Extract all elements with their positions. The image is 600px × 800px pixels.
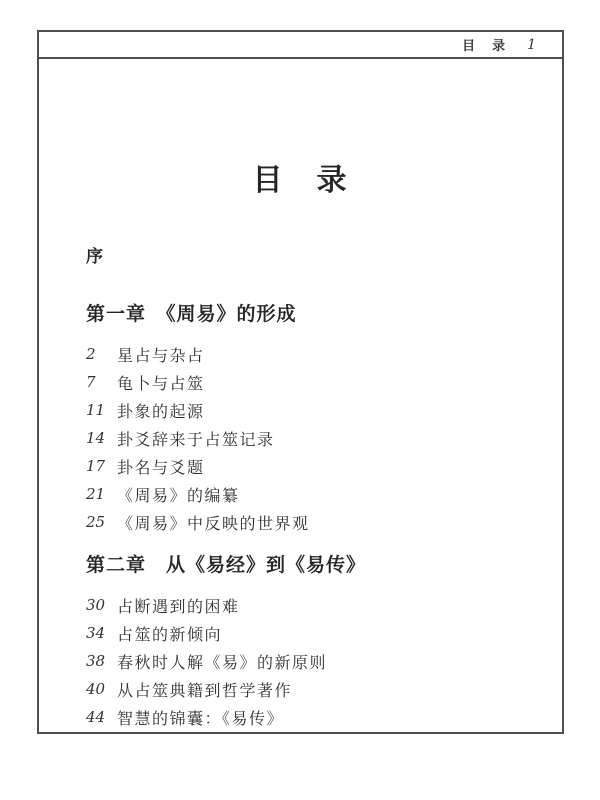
toc-entry-page-number: 14	[86, 429, 117, 447]
toc-entry-title: 占断遇到的困难	[117, 594, 240, 617]
running-header: 目 录 1	[39, 32, 562, 59]
toc-entry-title: 卦爻辞来于占筮记录	[117, 427, 275, 450]
toc-entry: 30 占断遇到的困难	[86, 591, 562, 619]
toc-entry-page-number: 34	[86, 624, 117, 642]
toc-entry-page-number: 38	[86, 652, 117, 670]
chapter-1-heading: 第一章 《周易》的形成	[86, 303, 562, 326]
toc-entry-title: 卦名与爻题	[117, 455, 205, 478]
toc-entry-page-number: 17	[86, 457, 117, 475]
toc-entry: 44 智慧的锦囊：《易传》	[86, 703, 562, 731]
toc-entry-page-number: 11	[86, 401, 117, 419]
chapter-2-heading: 第二章 从《易经》到《易传》	[86, 554, 562, 577]
toc-entry: 11 卦象的起源	[86, 396, 562, 424]
running-header-page-number: 1	[527, 37, 536, 53]
toc-entry-page-number: 44	[86, 708, 117, 726]
chapter-1-section: 第一章 《周易》的形成 2 星占与杂占 7 龟卜与占筮 11 卦象的起源 14 …	[39, 303, 562, 536]
toc-entry-title: 智慧的锦囊：《易传》	[117, 706, 284, 729]
toc-entry-title: 《周易》的编纂	[117, 483, 240, 506]
toc-entry: 17 卦名与爻题	[86, 452, 562, 480]
toc-entry: 38 春秋时人解《易》的新原则	[86, 647, 562, 675]
toc-entry: 25 《周易》中反映的世界观	[86, 508, 562, 536]
toc-entry: 14 卦爻辞来于占筮记录	[86, 424, 562, 452]
toc-entry-page-number: 7	[86, 373, 117, 391]
toc-entry: 34 占筮的新倾向	[86, 619, 562, 647]
running-header-title: 目 录	[462, 35, 507, 54]
toc-entry-page-number: 40	[86, 680, 117, 698]
toc-entry: 7 龟卜与占筮	[86, 368, 562, 396]
chapter-2-section: 第二章 从《易经》到《易传》 30 占断遇到的困难 34 占筮的新倾向 38 春…	[39, 554, 562, 731]
toc-entry-page-number: 2	[86, 345, 117, 363]
chapter-1-entries: 2 星占与杂占 7 龟卜与占筮 11 卦象的起源 14 卦爻辞来于占筮记录 17	[39, 340, 562, 536]
toc-title: 目 录	[39, 165, 562, 197]
scanned-page: 目 录 1 目 录 序 第一章 《周易》的形成 2 星占与杂占 7 龟卜与占筮 …	[0, 0, 600, 800]
toc-entry-page-number: 21	[86, 485, 117, 503]
toc-entry-title: 龟卜与占筮	[117, 371, 205, 394]
toc-entry: 2 星占与杂占	[86, 340, 562, 368]
toc-entry: 21 《周易》的编纂	[86, 480, 562, 508]
toc-entry-title: 占筮的新倾向	[117, 622, 222, 645]
toc-entry-title: 卦象的起源	[117, 399, 205, 422]
preface-entry: 序	[86, 247, 562, 267]
page-border: 目 录 1 目 录 序 第一章 《周易》的形成 2 星占与杂占 7 龟卜与占筮 …	[37, 30, 564, 734]
chapter-2-entries: 30 占断遇到的困难 34 占筮的新倾向 38 春秋时人解《易》的新原则 40 …	[39, 591, 562, 731]
toc-entry-title: 星占与杂占	[117, 343, 205, 366]
toc-entry: 40 从占筮典籍到哲学著作	[86, 675, 562, 703]
toc-entry-title: 从占筮典籍到哲学著作	[117, 678, 292, 701]
toc-entry-title: 《周易》中反映的世界观	[117, 511, 310, 534]
toc-entry-title: 春秋时人解《易》的新原则	[117, 650, 327, 673]
toc-entry-page-number: 25	[86, 513, 117, 531]
toc-entry-page-number: 30	[86, 596, 117, 614]
